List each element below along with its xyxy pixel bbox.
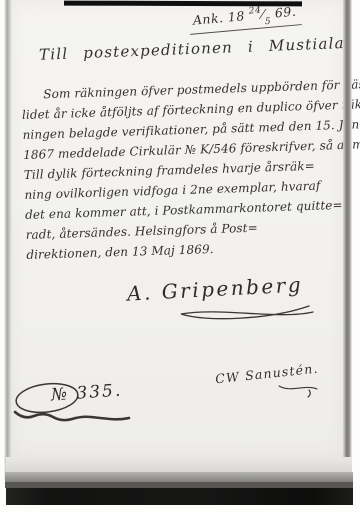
scan-bottom-black-bar [6, 488, 353, 505]
signature-flourish [177, 303, 317, 325]
scan-top-edge [64, 1, 302, 7]
arrival-annotation: Ank. 18 24⁄5 69. [189, 3, 302, 34]
countersignature-flourish [277, 382, 321, 398]
document-number: № 335. [50, 381, 123, 406]
letter-heading: Till postexpeditionen i Mustiala [39, 34, 339, 64]
arrival-month-denominator: 5 [265, 16, 272, 27]
signature: A. Gripenberg [126, 272, 303, 305]
arrival-prefix: Ank. 18 [193, 8, 246, 27]
letter-body: Som räkningen öfver postmedels uppbörden… [21, 75, 358, 265]
scan-left-edge [4, 0, 12, 480]
number-flourish-wave [13, 406, 137, 422]
arrival-day-numerator: 24 [249, 6, 262, 17]
paper-bottom-shadow [5, 472, 353, 482]
paper-bottom-edge [6, 457, 352, 472]
document-number-block: № 335. [13, 380, 145, 422]
scanned-letter: Ank. 18 24⁄5 69. Till postexpeditionen i… [0, 0, 360, 512]
letter-paper: Ank. 18 24⁄5 69. Till postexpeditionen i… [9, 0, 345, 459]
scan-right-edge [343, 0, 352, 484]
